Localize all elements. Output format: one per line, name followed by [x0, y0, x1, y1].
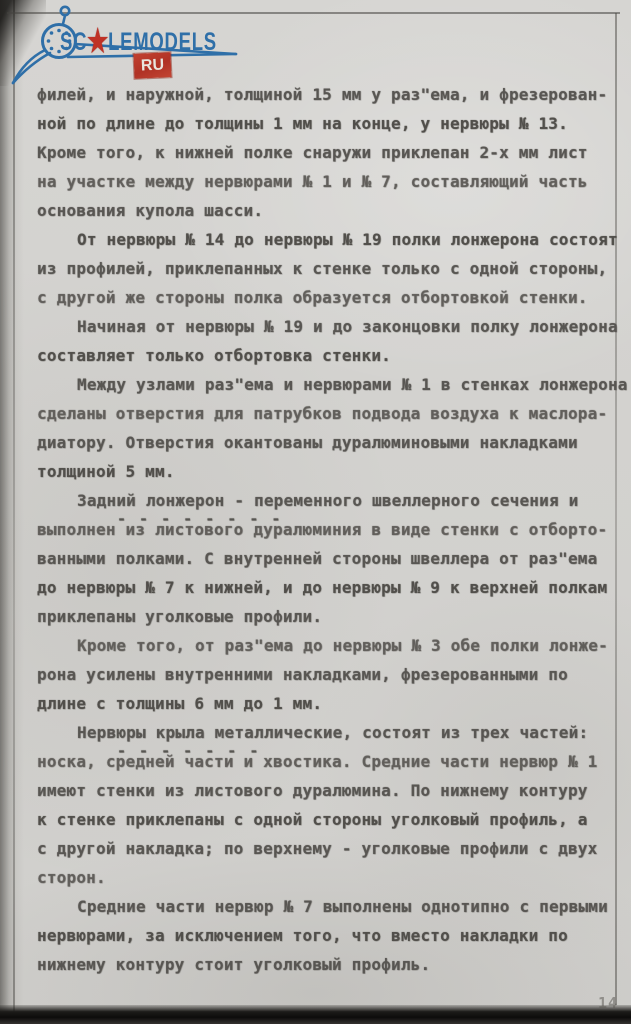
text-line: ванными полками. С внутренней стороны шв… — [37, 544, 625, 573]
scalemodels-watermark-logo: SC★LEMODELS RU — [8, 2, 248, 86]
text-line: выполнен из листового дуралюминия в виде… — [37, 515, 625, 544]
text-line: с другой накладка; по верхнему - уголков… — [37, 834, 625, 863]
text-line: Кроме того, к нижней полке снаружи прикл… — [37, 138, 625, 167]
text-line: имеют стенки из листового дуралюмина. По… — [37, 776, 625, 805]
text-line: сделаны отверстия для патрубков подвода … — [37, 399, 625, 428]
star-icon: ★ — [86, 23, 111, 59]
text-block: филей, и наружной, толщиной 15 мм у раз"… — [37, 80, 625, 979]
scan-left-crease — [13, 0, 15, 1024]
text-line: носка, средней части и хвостика. Средние… — [37, 747, 625, 776]
text-line: из профилей, приклепанных к стенке тольк… — [37, 254, 625, 283]
text-line: сторон. — [37, 863, 625, 892]
text-line: приклепаны уголковые профили. — [37, 602, 625, 631]
text-line: Между узлами раз"ема и нервюрами № 1 в с… — [37, 370, 625, 399]
text-line: нижнему контуру стоит уголковый профиль. — [37, 950, 625, 979]
text-line: ной по длине до толщины 1 мм на конце, у… — [37, 109, 625, 138]
text-line: на участке между нервюрами № 1 и № 7, со… — [37, 167, 625, 196]
page-number: 14 — [598, 994, 618, 1012]
logo-ru-badge: RU — [133, 52, 171, 79]
text-line: с другой же стороны полка образуется отб… — [37, 283, 625, 312]
text-line: рона усилены внутренними накладками, фре… — [37, 660, 625, 689]
text-line: к стенке приклепаны с одной стороны угол… — [37, 805, 625, 834]
text-line: Задний лонжерон - переменного швеллерног… — [37, 486, 625, 515]
text-line: составляет только отбортовка стенки. — [37, 341, 625, 370]
text-line: Начиная от нервюры № 19 и до законцовки … — [37, 312, 625, 341]
text-line: диатору. Отверстия окантованы дуралюмино… — [37, 428, 625, 457]
scanned-document-page: SC★LEMODELS RU филей, и наружной, толщин… — [0, 0, 631, 1024]
text-line: Нервюры крыла металлические, состоят из … — [37, 718, 625, 747]
text-line: Средние части нервюр № 7 выполнены однот… — [37, 892, 625, 921]
text-line: основания купола шасси. — [37, 196, 625, 225]
text-line: нервюрами, за исключением того, что вмес… — [37, 921, 625, 950]
text-line: филей, и наружной, толщиной 15 мм у раз"… — [37, 80, 625, 109]
scan-bottom-edge — [0, 1005, 631, 1024]
text-line: толщиной 5 мм. — [37, 457, 625, 486]
logo-text-sc: SC — [60, 28, 87, 57]
logo-ru-label: RU — [141, 56, 165, 75]
text-line: до нервюры № 7 к нижней, и до нервюры № … — [37, 573, 625, 602]
scan-left-shadow — [0, 0, 24, 1024]
text-line: Кроме того, от раз"ема до нервюры № 3 об… — [37, 631, 625, 660]
text-line: От нервюры № 14 до нервюры № 19 полки ло… — [37, 225, 625, 254]
text-line: длине с толщины 6 мм до 1 мм. — [37, 689, 625, 718]
